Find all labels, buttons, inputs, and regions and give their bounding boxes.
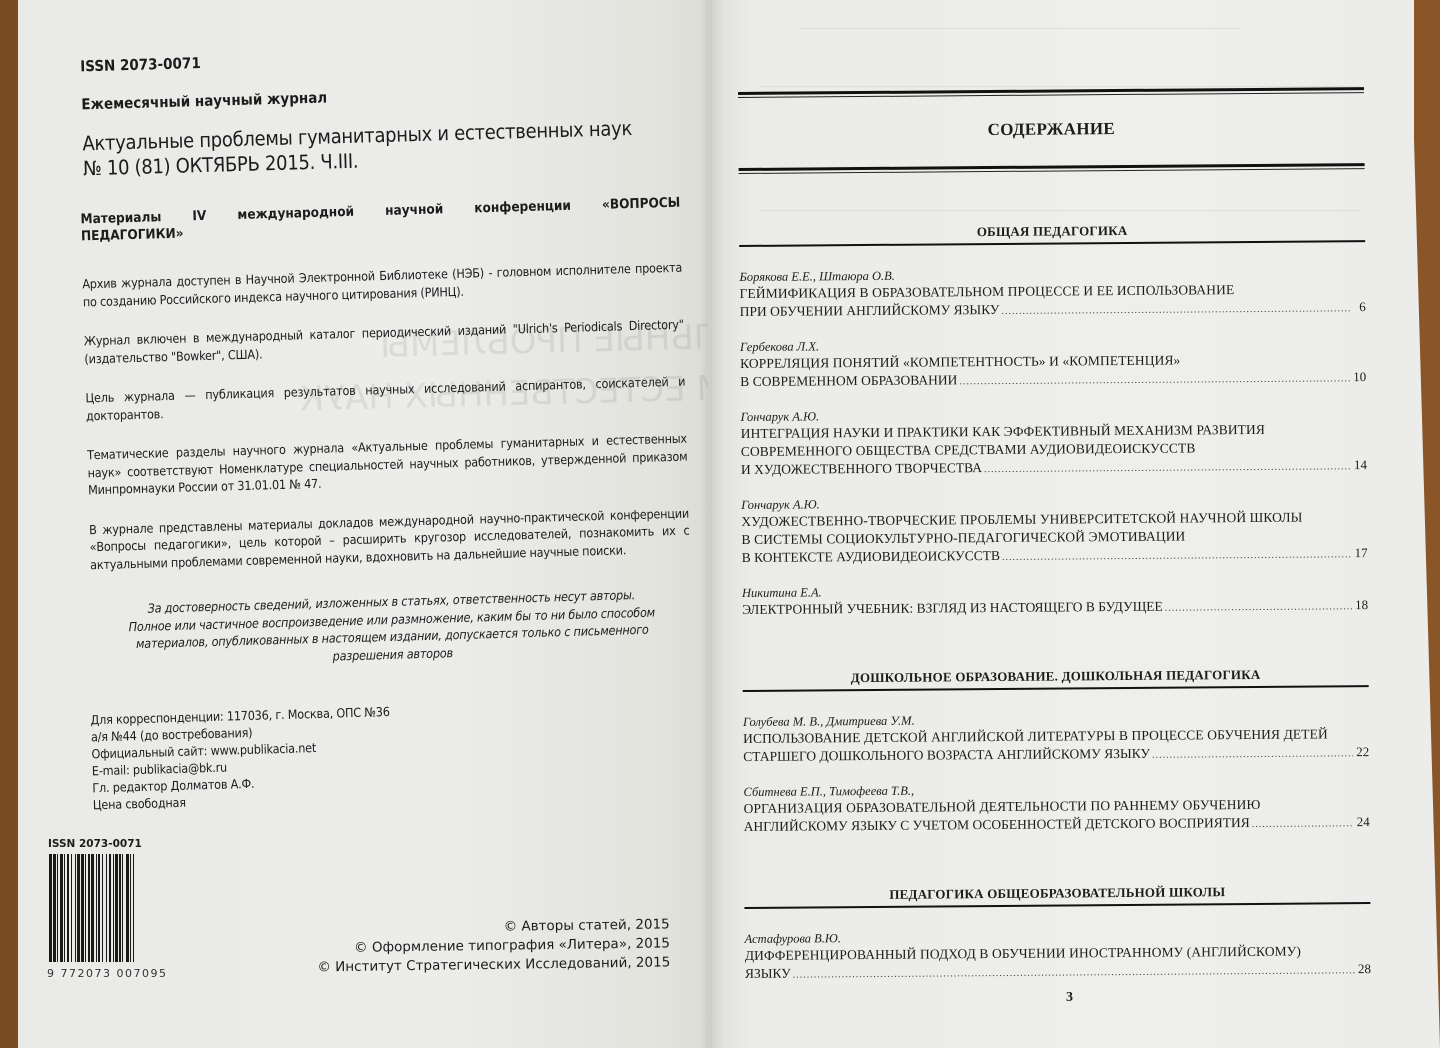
toc-entry-title-end: В СОВРЕМЕННОМ ОБРАЗОВАНИИ (740, 371, 957, 391)
barcode-issn: ISSN 2073-0071 (48, 838, 169, 850)
toc-entry-last-line: ПРИ ОБУЧЕНИИ АНГЛИЙСКОМУ ЯЗЫКУ6 (740, 298, 1366, 323)
toc-sections: ОБЩАЯ ПЕДАГОГИКАБорякова Е.Е., Штаюра О.… (739, 221, 1371, 985)
toc-entry-last-line: СТАРШЕГО ДОШКОЛЬНОГО ВОЗРАСТА АНГЛИЙСКОМ… (743, 743, 1369, 768)
toc-section-heading: ДОШКОЛЬНОЕ ОБРАЗОВАНИЕ. ДОШКОЛЬНАЯ ПЕДАГ… (743, 666, 1369, 692)
toc-entry[interactable]: Астафурова В.Ю.ДИФФЕРЕНЦИРОВАННЫЙ ПОДХОД… (745, 926, 1371, 985)
page-number: 3 (1066, 990, 1073, 1006)
toc-entry-title-end: И ХУДОЖЕСТВЕННОГО ТВОРЧЕСТВА (741, 459, 982, 479)
toc-entry[interactable]: Голубева М. В., Дмитриева У.М.ИСПОЛЬЗОВА… (743, 709, 1369, 768)
paragraph-goal: Цель журнала — публикация результатов на… (85, 373, 686, 425)
toc-entry[interactable]: Сбитнева Е.П., Тимофеева Т.В.,ОРГАНИЗАЦИ… (743, 779, 1369, 838)
toc-entry[interactable]: Гербекова Л.Х.КОРРЕЛЯЦИЯ ПОНЯТИЙ «КОМПЕТ… (740, 334, 1366, 393)
toc-entry-page: 6 (1352, 298, 1366, 316)
toc-entry-title-end: АНГЛИЙСКОМУ ЯЗЫКУ С УЧЕТОМ ОСОБЕННОСТЕЙ … (744, 814, 1250, 836)
toc-section-heading: ОБЩАЯ ПЕДАГОГИКА (739, 221, 1365, 247)
toc-entry-last-line: И ХУДОЖЕСТВЕННОГО ТВОРЧЕСТВА14 (741, 456, 1367, 481)
toc-entry-last-line: АНГЛИЙСКОМУ ЯЗЫКУ С УЧЕТОМ ОСОБЕННОСТЕЙ … (744, 813, 1370, 838)
rule-under-title (739, 163, 1365, 174)
barcode-icon (49, 854, 169, 962)
toc-entry[interactable]: Никитина Е.А.ЭЛЕКТРОННЫЙ УЧЕБНИК: ВЗГЛЯД… (742, 580, 1368, 621)
journal-type: Ежемесячный научный журнал (81, 79, 679, 114)
paragraph-archive: Архив журнала доступен в Научной Электро… (82, 259, 683, 311)
copyright-block: © Авторы статей, 2015 © Оформление типог… (300, 915, 671, 977)
toc-entry-title-end: ЯЗЫКУ (745, 965, 791, 983)
paragraph-materials: В журнале представлены материалы докладо… (89, 504, 690, 573)
toc-entry-title-end: ПРИ ОБУЧЕНИИ АНГЛИЙСКОМУ ЯЗЫКУ (740, 301, 1000, 321)
paragraph-sections: Тематические разделы научного журнала «А… (87, 430, 688, 499)
dot-leader (1002, 546, 1352, 567)
dot-leader (959, 370, 1350, 391)
toc-entry[interactable]: Гончарук А.Ю.ХУДОЖЕСТВЕННО-ТВОРЧЕСКИЕ ПР… (741, 492, 1368, 569)
toc-entry-last-line: ЭЛЕКТРОННЫЙ УЧЕБНИК: ВЗГЛЯД ИЗ НАСТОЯЩЕГ… (742, 596, 1368, 621)
barcode-number: 9 772073 007095 (47, 967, 169, 980)
toc-entry-title-end: ЭЛЕКТРОННЫЙ УЧЕБНИК: ВЗГЛЯД ИЗ НАСТОЯЩЕГ… (742, 598, 1163, 619)
toc-section-heading: ПЕДАГОГИКА ОБЩЕОБРАЗОВАТЕЛЬНОЙ ШКОЛЫ (744, 883, 1370, 909)
toc-entry-page: 10 (1352, 368, 1366, 386)
toc-title: СОДЕРЖАНИЕ (738, 117, 1364, 142)
toc-entry[interactable]: Гончарук А.Ю.ИНТЕГРАЦИЯ НАУКИ И ПРАКТИКИ… (740, 404, 1367, 481)
toc-entry-page: 14 (1353, 456, 1367, 474)
toc-entry-page: 28 (1357, 960, 1371, 978)
toc-entry-page: 17 (1354, 544, 1368, 562)
toc-entry-page: 18 (1354, 596, 1368, 614)
toc-entry-title-end: В КОНТЕКСТЕ АУДИОВИДЕОИСКУССТВ (742, 547, 1000, 567)
disclaimer: За достоверность сведений, изложенных в … (91, 585, 693, 672)
dot-leader (1252, 815, 1354, 834)
contacts-block: Для корреспонденции: 117036, г. Москва, … (90, 694, 699, 813)
toc-entry-page: 22 (1355, 743, 1369, 761)
paragraph-catalog: Журнал включен в международный каталог п… (84, 316, 685, 368)
toc-entry-page: 24 (1356, 813, 1370, 831)
toc-entry-last-line: В СОВРЕМЕННОМ ОБРАЗОВАНИИ10 (740, 368, 1366, 393)
dot-leader (984, 458, 1351, 479)
barcode-block: ISSN 2073-0071 9 772073 007095 (47, 838, 169, 981)
table-of-contents: СОДЕРЖАНИЕ ОБЩАЯ ПЕДАГОГИКАБорякова Е.Е.… (738, 87, 1371, 985)
dot-leader (1152, 745, 1353, 765)
show-through-line (800, 28, 1240, 29)
book-spine-shadow (700, 0, 724, 1048)
toc-entry-last-line: В КОНТЕКСТЕ АУДИОВИДЕОИСКУССТВ17 (742, 544, 1368, 569)
imprint-page: ISSN 2073-0071 Ежемесячный научный журна… (58, 41, 699, 814)
toc-entry[interactable]: Борякова Е.Е., Штаюра О.В.ГЕЙМИФИКАЦИЯ В… (739, 264, 1365, 323)
dot-leader (1165, 598, 1352, 617)
dot-leader (1001, 300, 1349, 321)
toc-entry-title-end: СТАРШЕГО ДОШКОЛЬНОГО ВОЗРАСТА АНГЛИЙСКОМ… (743, 745, 1150, 766)
